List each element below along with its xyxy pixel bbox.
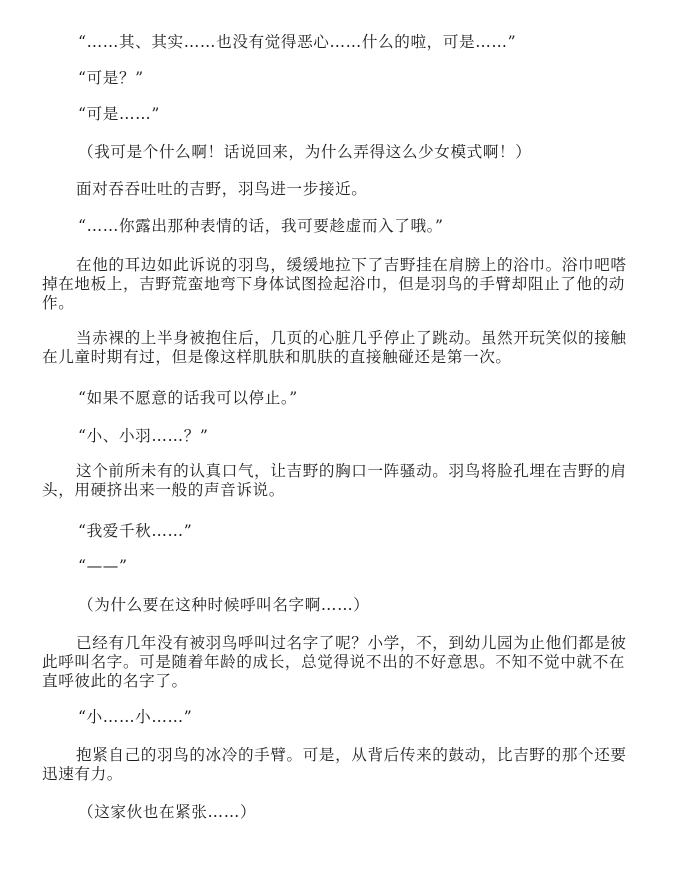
narration-line: 直呼彼此的名字了。 bbox=[42, 672, 188, 691]
narration-line: 迅速有力。 bbox=[42, 765, 123, 784]
narration-line: 头，用硬挤出来一般的声音诉说。 bbox=[42, 481, 285, 500]
dialogue-line: “……你露出那种表情的话，我可要趁虚而入了哦。” bbox=[78, 217, 444, 236]
document-page: “……其、其实……也没有觉得恶心……什么的啦，可是……” “可是？” “可是……… bbox=[0, 0, 680, 880]
thought-line: （为什么要在这种时候呼叫名字啊……） bbox=[78, 596, 370, 615]
thought-line: （这家伙也在紧张……） bbox=[78, 803, 256, 822]
narration-line: 此呼叫名字。可是随着年龄的成长，总觉得说不出的不好意思。不知不觉中就不在 bbox=[42, 653, 625, 672]
dialogue-line: “小、小羽……？” bbox=[78, 427, 209, 446]
narration-line: 掉在地板上，吉野荒蛮地弯下身体试图捡起浴巾，但是羽鸟的手臂却阻止了他的动 bbox=[42, 275, 625, 294]
dialogue-line: “可是？” bbox=[78, 69, 144, 88]
narration-line: 在他的耳边如此诉说的羽鸟，缓缓地拉下了吉野挂在肩膀上的浴巾。浴巾吧嗒 bbox=[76, 256, 627, 275]
thought-line: （我可是个什么啊！话说回来，为什么弄得这么少女模式啊！） bbox=[78, 143, 531, 162]
dialogue-line: “可是……” bbox=[78, 105, 160, 124]
narration-line: 作。 bbox=[42, 294, 74, 313]
dialogue-line: “我爱千秋……” bbox=[78, 522, 192, 541]
narration-line: 这个前所未有的认真口气，让吉野的胸口一阵骚动。羽鸟将脸孔埋在吉野的肩 bbox=[76, 462, 627, 481]
narration-line: 面对吞吞吐吐的吉野，羽鸟进一步接近。 bbox=[76, 180, 368, 199]
dialogue-line: “……其、其实……也没有觉得恶心……什么的啦，可是……” bbox=[78, 33, 516, 52]
narration-line: 已经有几年没有被羽鸟呼叫过名字了呢？小学，不，到幼儿园为止他们都是彼 bbox=[76, 634, 627, 653]
narration-line: 当赤裸的上半身被抱住后，几页的心脏几乎停止了跳动。虽然开玩笑似的接触 bbox=[76, 329, 627, 348]
dialogue-line: “小……小……” bbox=[78, 708, 192, 727]
dialogue-line: “——” bbox=[78, 557, 128, 576]
narration-line: 在儿童时期有过，但是像这样肌肤和肌肤的直接触碰还是第一次。 bbox=[42, 348, 512, 367]
dialogue-line: “如果不愿意的话我可以停止。” bbox=[78, 389, 298, 408]
narration-line: 抱紧自己的羽鸟的冰冷的手臂。可是，从背后传来的鼓动，比吉野的那个还要 bbox=[76, 746, 627, 765]
